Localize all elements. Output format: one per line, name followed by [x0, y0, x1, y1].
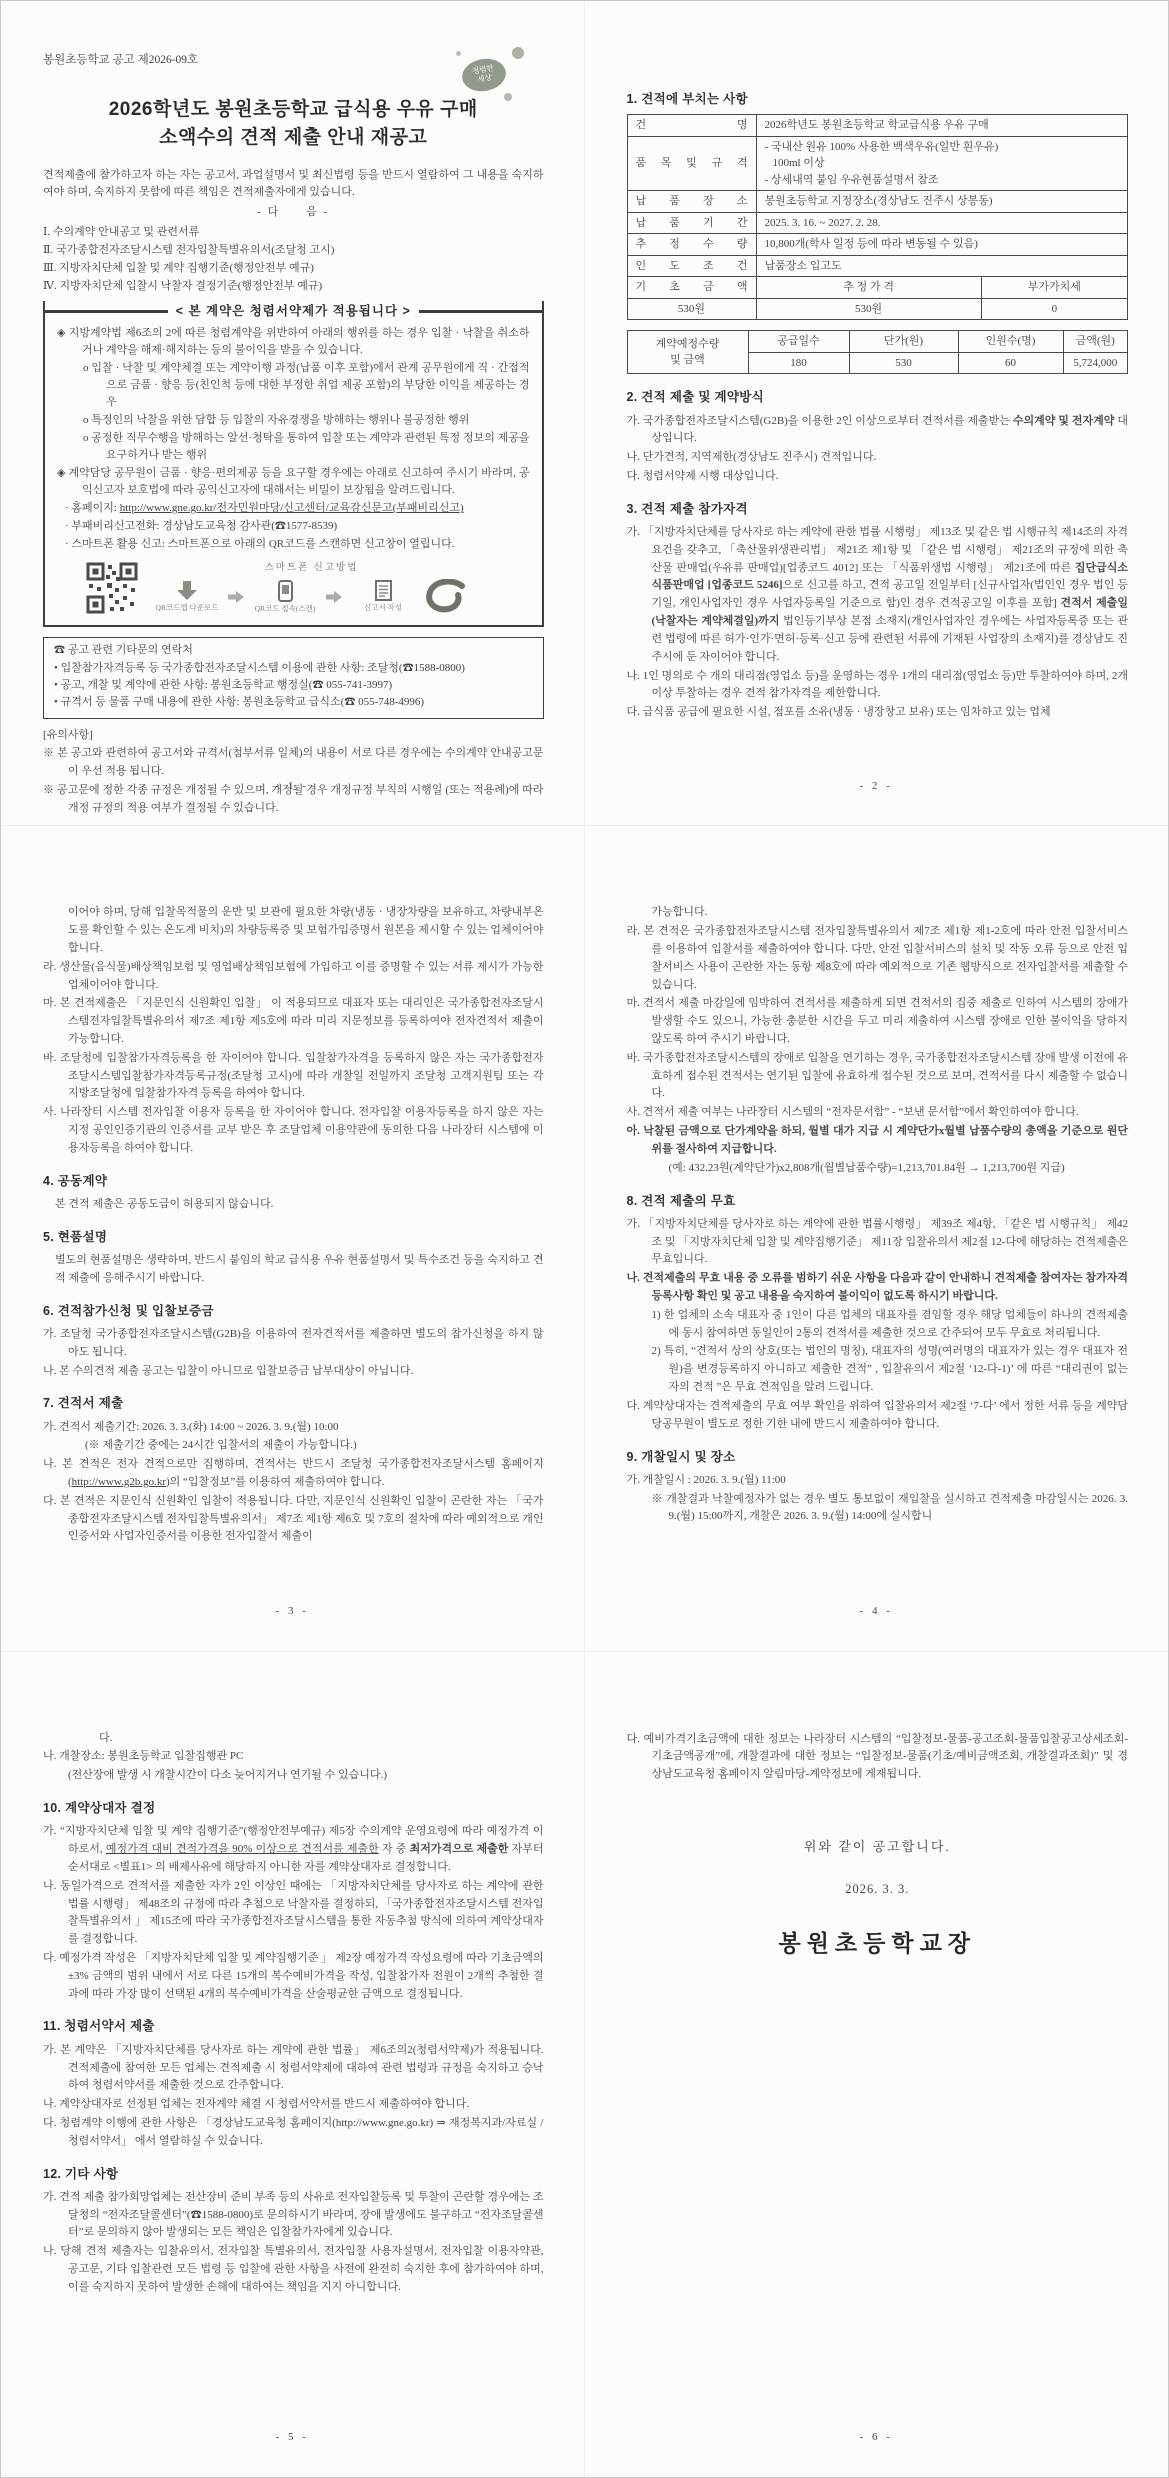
estimated-price-header: 추 정 가 격: [756, 277, 981, 299]
section-3-item-ba: 바. 조달청에 입찰참가자격등록을 한 자이어야 합니다. 입찰참가자격을 등록…: [43, 1050, 544, 1103]
reference-item: Ⅲ. 지방자치단체 입찰 및 계약 집행기준(행정안전부 예규): [43, 260, 544, 278]
section-7-item-ga: 가. 견적서 제출기간: 2026. 3. 3.(화) 14:00 ~ 2026…: [43, 1419, 544, 1437]
section-6-item-na: 나. 본 수의견적 제출 공고는 입찰이 아니므로 입찰보증금 납부대상이 아닙…: [43, 1363, 544, 1381]
qr-step-caption: 신고서 작성: [364, 603, 402, 612]
spec-line: - 국내산 원유 100% 사용한 백색우유(일반 흰우유): [765, 139, 1120, 156]
integrity-box-title-row: < 본 계약은 청렴서약제가 적용됩니다 >: [45, 301, 542, 321]
section-3-heading: 3. 견적 제출 참가자격: [627, 499, 1129, 519]
section-10-heading: 10. 계약상대자 결정: [43, 1798, 544, 1818]
vat-value: 0: [981, 298, 1127, 320]
section-11-heading: 11. 청렴서약서 제출: [43, 2016, 544, 2036]
section-2-item-na: 나. 단가견적, 지역제한(경상남도 진주시) 견적입니다.: [627, 449, 1129, 467]
text-span: 자 중: [379, 1843, 410, 1855]
table-row: 기 초 금 액추 정 가 격부가가치세: [627, 277, 1128, 299]
arrow-right-icon: [326, 590, 342, 604]
supply-days-value: 180: [748, 352, 849, 374]
contact-item: • 입찰참가자격등록 등 국가종합전자조달시스템 이용에 관한 사항: 조달청(…: [54, 660, 533, 677]
section-3-item-na: 나. 1인 명의로 수 개의 대리점(영업소 등)을 운영하는 경우 1개의 대…: [627, 668, 1129, 704]
g2b-link[interactable]: http://www.g2b.go.kr: [72, 1476, 166, 1488]
table-row: 품 목 및 규 격 - 국내산 원유 100% 사용한 백색우유(일반 흰우유)…: [627, 136, 1128, 191]
section-8-subitem-1: 1) 한 업체의 소속 대표자 중 1인이 다른 업체의 대표자를 겸임할 경우…: [652, 1307, 1129, 1343]
spec-line: 100ml 이상: [765, 155, 1120, 172]
daum-divider: - 다 음 -: [43, 204, 544, 222]
section-2-heading: 2. 견적 제출 및 계약방식: [627, 387, 1129, 407]
stamp-badge: 청렴한 세상: [459, 55, 508, 94]
section-12-heading: 12. 기타 사항: [43, 2164, 544, 2184]
continuation-syllable: 다.: [43, 1730, 544, 1748]
section-9-item-na: 나. 개찰장소: 봉원초등학교 입찰집행관 PC: [43, 1748, 544, 1766]
row-value: - 국내산 원유 100% 사용한 백색우유(일반 흰우유) 100ml 이상 …: [756, 136, 1128, 191]
title-line-2: 소액수의 견적 제출 안내 재공고: [43, 124, 544, 153]
section-8-item-da: 다. 계약상대자는 견적제출의 무효 여부 확인을 위하여 입찰유의서 제2절 …: [627, 1398, 1129, 1434]
reference-item: Ⅰ. 수의계약 안내공고 및 관련서류: [43, 224, 544, 242]
table-row: 530원530원0: [627, 298, 1128, 320]
arrow-right-icon: [228, 590, 244, 604]
row-value: 납품장소 입고도: [756, 255, 1128, 277]
label-line: 및 금액: [634, 352, 742, 369]
integrity-box-title: < 본 계약은 청렴서약제가 적용됩니다 >: [176, 301, 411, 321]
page-6: 다. 예비가격기초금액에 대한 정보는 나라장터 시스템의 “입찰정보-물품-공…: [585, 1652, 1169, 2477]
swoosh-logo-icon: [424, 579, 468, 615]
col-header-persons: 인원수(명): [958, 331, 1063, 353]
col-header-supply-days: 공급일수: [748, 331, 849, 353]
page-2: 1. 견적에 부치는 사항 건 명2026학년도 봉원초등학교 학교급식용 우유…: [585, 1, 1169, 826]
row-value: 봉원초등학교 지정장소(경상남도 진주시 상봉동): [756, 191, 1128, 213]
integrity-subitem: o 공정한 직무수행을 방해하는 알선·청탁을 통하여 입찰 또는 계약과 관련…: [70, 430, 530, 464]
download-arrow-icon: [176, 581, 198, 601]
qr-step-download: QR코드앱 다운로드: [155, 581, 219, 612]
reference-item: Ⅱ. 국가종합전자조달시스템 전자입찰특별유의서(조달청 고시): [43, 242, 544, 260]
table-row: 인 도 조 건납품장소 입고도: [627, 255, 1128, 277]
phone-icon: [278, 580, 293, 602]
section-5-body: 별도의 현품설명은 생략하며, 반드시 붙임의 학교 급식용 우유 현품설명서 …: [43, 1252, 544, 1288]
notice-item: ※ 본 공고와 관련하여 공고서와 규격서(첨부서류 일체)의 내용이 서로 다…: [43, 745, 544, 781]
row-label: 기 초 금 액: [627, 277, 756, 299]
section-4-body: 본 견적 제출은 공동도급이 허용되지 않습니다.: [43, 1196, 544, 1214]
section-7-heading: 7. 견적서 제출: [43, 1393, 544, 1413]
section-6-heading: 6. 견적참가신청 및 입찰보증금: [43, 1301, 544, 1321]
section-7-item-ma: 마. 견적서 제출 마감일에 임박하여 견적서를 제출하게 되면 견적서의 집중…: [627, 995, 1129, 1048]
report-phone-line: · 부패비리신고전화: 경상남도교육청 감사관(☎1577-8539): [65, 518, 530, 535]
homepage-label: · 홈페이지:: [65, 502, 120, 514]
page-1: 봉원초등학교 공고 제2026-09호 청렴한 세상 2026학년도 봉원초등학…: [1, 1, 585, 826]
report-homepage-link[interactable]: http://www.gne.go.kr/전자민원마당/신고센터/교육감신문고(…: [120, 502, 464, 514]
section-12-item-na: 나. 당해 견적 제출자는 입찰유의서, 전자입찰 특별유의서, 전자입찰 사용…: [43, 2243, 544, 2296]
persons-value: 60: [958, 352, 1063, 374]
estimated-price-value: 530원: [756, 298, 981, 320]
quantity-amount-label: 계약예정수량 및 금액: [627, 331, 748, 374]
spec-line: - 상세내역 붙임 우유현품설명서 참조: [765, 172, 1120, 189]
continuation-paragraph: 가능합니다.: [627, 904, 1129, 922]
text-span: )의 “입찰정보”를 이용하여 제출하여야 합니다.: [166, 1476, 384, 1488]
section-6-item-ga: 가. 조달청 국가종합전자조달시스템(G2B)을 이용하여 전자견적서를 제출하…: [43, 1326, 544, 1362]
integrity-item: ◈ 계약담당 공무원이 금품 · 향응·편의제공 등을 요구할 경우에는 아래로…: [57, 465, 530, 499]
section-7-item-da: 다. 본 견적은 지문인식 신원확인 입찰이 적용됩니다. 다만, 지문인식 신…: [43, 1493, 544, 1546]
contact-item: • 공고, 개찰 및 계약에 관한 사항: 봉원초등학교 행정실(☎ 055-7…: [54, 677, 533, 694]
page-5: 다. 나. 개찰장소: 봉원초등학교 입찰집행관 PC (전산장애 발생 시 개…: [1, 1652, 585, 2477]
stamp-dot: [456, 51, 461, 56]
rule-line: [419, 310, 542, 313]
section-3-item-sa: 사. 나라장터 시스템 전자입찰 이용자 등록을 한 자이어야 합니다. 전자입…: [43, 1104, 544, 1157]
section-9-heading: 9. 개찰일시 및 장소: [627, 1447, 1129, 1467]
page-number: - 3 -: [1, 1603, 584, 1621]
document-title: 2026학년도 봉원초등학교 급식용 우유 구매 소액수의 견적 제출 안내 재…: [43, 96, 544, 153]
section-11-item-ga: 가. 본 계약은 「지방자치단체를 당사자로 하는 계약에 관한 법률」 제6조…: [43, 2042, 544, 2095]
qr-step-caption: QR코드 접속(스캔): [255, 604, 316, 613]
stamp-dot: [512, 47, 524, 59]
text-span: 가. 국가종합전자조달시스템(G2B)을 이용한 2인 이상으로부터 견적서를 …: [627, 415, 1013, 427]
section-2-item-ga: 가. 국가종합전자조달시스템(G2B)을 이용한 2인 이상으로부터 견적서를 …: [627, 413, 1129, 449]
vat-header: 부가가치세: [981, 277, 1127, 299]
qr-steps: 스마트폰 신고방법 QR코드앱 다운로드 QR코드 접속(스: [155, 561, 468, 614]
reference-list: Ⅰ. 수의계약 안내공고 및 관련서류 Ⅱ. 국가종합전자조달시스템 전자입찰특…: [43, 224, 544, 295]
bid-conditions-table: 건 명2026학년도 봉원초등학교 학교급식용 우유 구매 품 목 및 규 격 …: [627, 114, 1129, 320]
amount-value: 5,724,000: [1063, 352, 1128, 374]
payment-example: (예: 432.23원(계약단가)x2,808개(월별납품수량)=1,213,7…: [627, 1160, 1129, 1178]
row-label: 납 품 장 소: [627, 191, 756, 213]
contract-quantity-table: 계약예정수량 및 금액 공급일수 단가(원) 인원수(명) 금액(원) 180 …: [627, 330, 1129, 374]
row-value: 2025. 3. 16. ~ 2027. 2. 28.: [756, 212, 1128, 234]
row-label: 품 목 및 규 격: [627, 136, 756, 191]
intro-paragraph: 견적제출에 참가하고자 하는 자는 공고서, 과업설명서 및 최신법령 등을 반…: [43, 167, 544, 203]
bold-span: 수의계약 및 전자계약: [1013, 415, 1115, 427]
table-row: 건 명2026학년도 봉원초등학교 학교급식용 우유 구매: [627, 115, 1128, 137]
page-number: - 4 -: [585, 1603, 1169, 1621]
contact-box: ☎ 공고 관련 기타문의 연락처 • 입찰참가자격등록 등 국가종합전자조달시스…: [43, 637, 544, 719]
section-3-item-ga: 가. 「지방자치단체를 당사자로 하는 계약에 관한 법률 시행령」 제13조 …: [627, 524, 1129, 667]
row-value: 10,800개(학사 일정 등에 따라 변동될 수 있음): [756, 234, 1128, 256]
stamp-dot: [504, 93, 512, 101]
section-12-item-ga: 가. 견적 제출 참가희망업체는 전산장비 준비 부족 등의 사유로 전자입찰등…: [43, 2189, 544, 2242]
bold-span: 최저가격으로 제출한: [410, 1843, 509, 1855]
qr-steps-title: 스마트폰 신고방법: [265, 561, 359, 576]
section-7-item-aa: 아. 낙찰된 금액으로 단가계약을 하되, 월별 대가 지급 시 계약단가x월별…: [627, 1123, 1129, 1159]
underline-span: 예정가격 대비 견적가격을 90% 이상으로 견적서를 제출한: [106, 1843, 379, 1855]
stamp-text-line2: 세상: [476, 74, 492, 85]
integrity-item: ◈ 지방계약법 제6조의 2에 따른 청렴계약을 위반하여 아래의 행위를 하는…: [57, 325, 530, 359]
smartphone-report-line: · 스마트폰 활용 신고: 스마트폰으로 아래의 QR코드를 스캔하면 신고창이…: [65, 536, 530, 553]
table-header-row: 계약예정수량 및 금액 공급일수 단가(원) 인원수(명) 금액(원): [627, 331, 1128, 353]
section-9-item-na-note: (전산장애 발생 시 개찰시간이 다소 늦어지거나 연기될 수 있습니다.): [43, 1767, 544, 1785]
contact-item: • 규격서 등 물품 구매 내용에 관한 사항: 봉원초등학교 급식소(☎ 05…: [54, 694, 533, 711]
section-10-item-da: 다. 예정가격 작성은 「지방자치단체 입찰 및 계약집행기준 」 제2장 예정…: [43, 1950, 544, 2003]
col-header-unit-price: 단가(원): [849, 331, 958, 353]
page-4: 가능합니다. 라. 본 견적은 국가종합전자조달시스템 전자입찰특별유의서 제7…: [585, 826, 1169, 1651]
section-10-item-na: 나. 동일가격으로 견적서를 제출한 자가 2인 이상인 때에는 「지방자치단체…: [43, 1878, 544, 1949]
reference-item: Ⅳ. 지방자치단체 입찰시 낙찰자 결정기준(행정안전부 예규): [43, 278, 544, 296]
report-doc-icon: [375, 580, 392, 601]
row-label: 인 도 조 건: [627, 255, 756, 277]
unit-price-value: 530: [849, 352, 958, 374]
section-3-item-ra: 라. 생산물(음식물)배상책임보험 및 영업배상책임보험에 가입하고 이를 증명…: [43, 959, 544, 995]
row-value: 2026학년도 봉원초등학교 학교급식용 우유 구매: [756, 115, 1128, 137]
section-2-item-da: 다. 청렴서약제 시행 대상입니다.: [627, 468, 1129, 486]
scanned-document: 봉원초등학교 공고 제2026-09호 청렴한 세상 2026학년도 봉원초등학…: [0, 0, 1169, 2478]
row-label: 납 품 기 간: [627, 212, 756, 234]
integrity-subitem: o 입찰 · 낙찰 및 계약체결 또는 계약이행 과정(납품 이후 포함)에서 …: [70, 360, 530, 411]
integrity-stamp: 청렴한 세상: [456, 47, 526, 103]
report-homepage-line: · 홈페이지: http://www.gne.go.kr/전자민원마당/신고센터…: [65, 500, 530, 517]
section-12-item-da: 다. 예비가격기초금액에 대한 정보는 나라장터 시스템의 “입찰정보-물품-공…: [627, 1731, 1129, 1784]
base-amount-value: 530원: [627, 298, 756, 320]
table-row: 납 품 기 간2025. 3. 16. ~ 2027. 2. 28.: [627, 212, 1128, 234]
section-5-heading: 5. 현품설명: [43, 1227, 544, 1247]
table-row: 납 품 장 소봉원초등학교 지정장소(경상남도 진주시 상봉동): [627, 191, 1128, 213]
qr-step-scan: QR코드 접속(스캔): [253, 580, 317, 613]
table-row: 추 정 수 량10,800개(학사 일정 등에 따라 변동될 수 있음): [627, 234, 1128, 256]
section-11-item-da: 다. 청렴계약 이행에 관한 사항은 「경상남도교육청 홈페이지(http://…: [43, 2115, 544, 2151]
page-number: - 5 -: [1, 2429, 584, 2447]
announcement-date: 2026. 3. 3.: [627, 1879, 1129, 1899]
section-10-item-ga: 가. “지방자치단체 입찰 및 계약 집행기준”(행정안전부예규) 제5장 수의…: [43, 1823, 544, 1876]
row-label: 추 정 수 량: [627, 234, 756, 256]
section-7-item-na: 나. 본 견적은 전자 견적으로만 집행하며, 견적서는 반드시 조달청 국가종…: [43, 1456, 544, 1492]
label-line: 계약예정수량: [634, 336, 742, 353]
section-7-item-sa: 사. 견적서 제출 여부는 나라장터 시스템의 “전자문서함” - “보낸 문서…: [627, 1104, 1129, 1122]
section-8-heading: 8. 견적 제출의 무효: [627, 1191, 1129, 1211]
section-3-item-ma: 마. 본 견적제출은 「지문인식 신원확인 입찰」 이 적용되므로 대표자 또는…: [43, 995, 544, 1048]
section-8-item-na: 나. 견적제출의 무효 내용 중 오류를 범하기 쉬운 사항을 다음과 같이 안…: [627, 1270, 1129, 1306]
page-number: - 1 -: [1, 778, 584, 796]
page-number: - 6 -: [585, 2429, 1169, 2447]
text-span: 가. 「지방자치단체를 당사자로 하는 계약에 관한 법률 시행령」 제13조 …: [627, 526, 1129, 574]
contact-title: ☎ 공고 관련 기타문의 연락처: [54, 642, 533, 659]
qr-step-caption: QR코드앱 다운로드: [155, 603, 218, 612]
notice-title: [유의사항]: [43, 727, 544, 745]
notice-block: [유의사항] ※ 본 공고와 관련하여 공고서와 규격서(첨부서류 일체)의 내…: [43, 727, 544, 818]
section-7-item-ra: 라. 본 견적은 국가종합전자조달시스템 전자입찰특별유의서 제7조 제1항 제…: [627, 923, 1129, 994]
page-number: - 2 -: [585, 778, 1169, 796]
closing-statement: 위와 같이 공고합니다.: [627, 1836, 1129, 1857]
qr-steps-row: QR코드앱 다운로드 QR코드 접속(스캔): [155, 579, 468, 615]
section-7-item-ba: 바. 국가종합전자조달시스템의 장애로 입찰을 연기하는 경우, 국가종합전자조…: [627, 1050, 1129, 1103]
integrity-subitem: o 특정인의 낙찰을 위한 담합 등 입찰의 자유경쟁을 방해하는 행위나 불공…: [70, 412, 530, 429]
qr-code-icon: [85, 561, 139, 615]
section-4-heading: 4. 공동계약: [43, 1171, 544, 1191]
section-1-heading: 1. 견적에 부치는 사항: [627, 89, 1129, 109]
qr-step-write: 신고서 작성: [351, 580, 415, 612]
section-3-item-da: 다. 급식품 공급에 필요한 시설, 점포를 소유(냉동 · 냉장창고 보유) …: [627, 704, 1129, 722]
section-11-item-na: 나. 계약상대자로 선정된 업체는 전자계약 체결 시 청렴서약서를 반드시 제…: [43, 2096, 544, 2114]
section-7-item-ga-note: (※ 제출기간 중에는 24시간 입찰서의 제출이 가능합니다.): [43, 1437, 544, 1455]
section-8-subitem-2: 2) 특히, “견적서 상의 상호(또는 법인의 명칭), 대표자의 성명(여러…: [652, 1343, 1129, 1396]
col-header-amount: 금액(원): [1063, 331, 1128, 353]
row-label: 건 명: [627, 115, 756, 137]
qr-report-row: 스마트폰 신고방법 QR코드앱 다운로드 QR코드 접속(스: [85, 561, 530, 615]
rule-line: [45, 310, 168, 313]
integrity-pledge-box: < 본 계약은 청렴서약제가 적용됩니다 > ◈ 지방계약법 제6조의 2에 따…: [43, 301, 544, 627]
section-9-item-ga: 가. 개찰일시 : 2026. 3. 9.(월) 11:00: [627, 1472, 1129, 1490]
page-3: 이어야 하며, 당해 입찰목적물의 운반 및 보관에 필요한 차량(냉동 · 냉…: [1, 826, 585, 1651]
section-9-note: ※ 개찰결과 낙찰예정자가 없는 경우 별도 통보없이 재입찰을 실시하고 견적…: [652, 1491, 1129, 1527]
continuation-paragraph: 이어야 하며, 당해 입찰목적물의 운반 및 보관에 필요한 차량(냉동 · 냉…: [43, 904, 544, 957]
principal-signature: 봉원초등학교장: [627, 1925, 1129, 1962]
section-8-item-ga: 가. 「지방자치단체를 당사자로 하는 계약에 관한 법률시행령」 제39조 제…: [627, 1216, 1129, 1269]
